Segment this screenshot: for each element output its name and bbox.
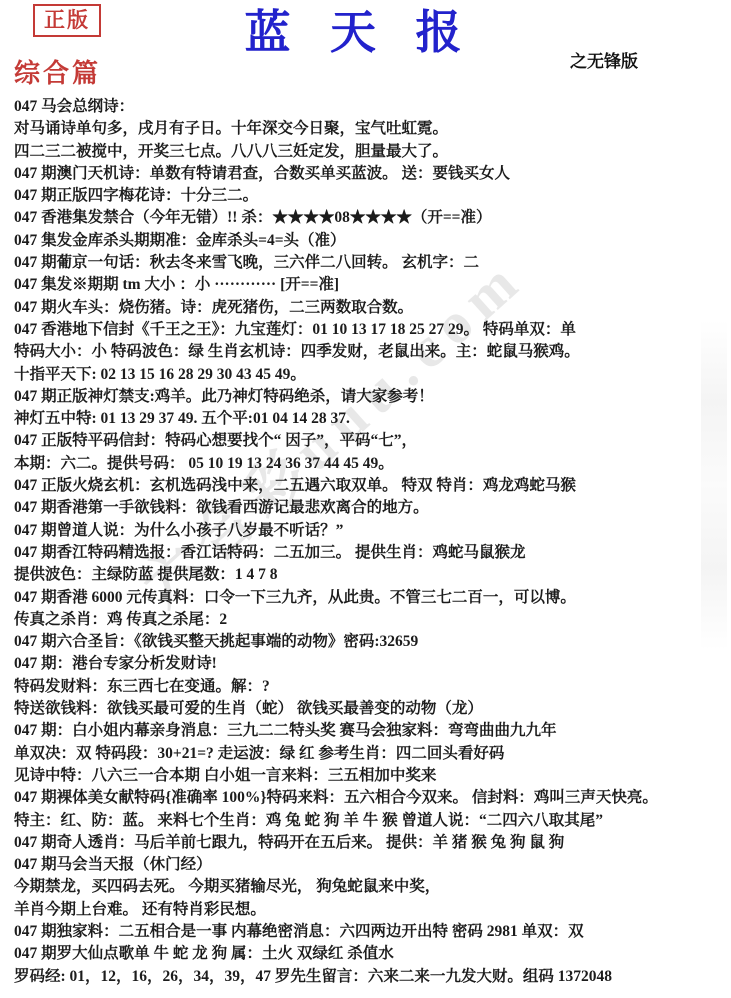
text-line: 047 集发※期期 tm 大小 ：小 ············ [开==准] xyxy=(14,274,726,296)
text-line: 047 香港集发禁合（今年无错）!! 杀：★★★★08★★★★（开==准） xyxy=(14,207,726,229)
body-text: 047 马会总纲诗：对马诵诗单句多，戌月有子日。十年深交今日聚，宝气吐虹霓。四二… xyxy=(14,96,726,988)
text-line: 神灯五中特: 01 13 29 37 49. 五个平:01 04 14 28 3… xyxy=(14,408,726,430)
text-line: 见诗中特：八六三一合本期 白小姐一言来料：三五相加中奖来 xyxy=(14,765,726,787)
text-line: 047 期六合圣旨：《欲钱买整天挑起事端的动物》密码:32659 xyxy=(14,631,726,653)
text-line: 047 期正版四字梅花诗：十分三二。 xyxy=(14,185,726,207)
text-line: 047 期葡京一句话：秋去冬来雪飞晚，三六伴二八回转。 玄机字：二 xyxy=(14,252,726,274)
newspaper-page: 正版 蓝 天 报 之无锋版 综合篇 六合彩uuu.com 047 马会总纲诗：对… xyxy=(0,0,731,998)
text-line: 047 集发金库杀头期期准：金库杀头=4=头（准） xyxy=(14,230,726,252)
text-line: 单双决：双 特码段：30+21=? 走运波：绿 红 参考生肖：四二回头看好码 xyxy=(14,743,726,765)
text-line: 047 正版火烧玄机：玄机选码浅中来，二五遇六取双单。 特双 特肖：鸡龙鸡蛇马猴 xyxy=(14,475,726,497)
text-line: 047 期澳门天机诗：单数有特请君查，合数买单买蓝波。 送：要钱买女人 xyxy=(14,163,726,185)
text-line: 047 期罗大仙点歌单 牛 蛇 龙 狗 属：土火 双绿红 杀值水 xyxy=(14,943,726,965)
text-line: 047 期：港台专家分析发财诗! xyxy=(14,653,726,675)
edition-label: 之无锋版 xyxy=(570,47,638,72)
text-line: 047 期奇人透肖：马后羊前七跟九，特码开在五后来。 提供：羊 猪 猴 兔 狗 … xyxy=(14,832,726,854)
text-line: 047 期正版神灯禁支:鸡羊。此乃神灯特码绝杀，请大家参考！ xyxy=(14,386,726,408)
text-line: 047 期香江特码精选报：香江话特码：二五加三。 提供生肖：鸡蛇马鼠猴龙 xyxy=(14,542,726,564)
text-line: 提供波色：主绿防蓝 提供尾数：1 4 7 8 xyxy=(14,564,726,586)
text-line: 特码发财料：东三西七在变通。解：? xyxy=(14,676,726,698)
text-line: 047 期裸体美女献特码{准确率 100%}特码来料：五六相合今双来。 信封料：… xyxy=(14,787,726,809)
section-heading: 综合篇 xyxy=(14,53,101,90)
text-line: 羊肖今期上台难。 还有特肖彩民想。 xyxy=(14,899,726,921)
text-line: 十指平天下: 02 13 15 16 28 29 30 43 45 49。 xyxy=(14,364,726,386)
text-line: 特送欲钱料：欲钱买最可爱的生肖（蛇） 欲钱买最善变的动物（龙） xyxy=(14,698,726,720)
text-line: 047 期香港第一手欲钱料：欲钱看西游记最悲欢离合的地方。 xyxy=(14,497,726,519)
text-line: 047 期马会当天报（休门经） xyxy=(14,854,726,876)
page-title: 蓝 天 报 xyxy=(180,0,540,62)
text-line: 047 期香港 6000 元传真料：口令一下三九齐，从此贵。不管三七二百一，可以… xyxy=(14,587,726,609)
text-line: 对马诵诗单句多，戌月有子日。十年深交今日聚，宝气吐虹霓。 xyxy=(14,118,726,140)
text-line: 047 香港地下信封《千王之王》：九宝莲灯：01 10 13 17 18 25 … xyxy=(14,319,726,341)
text-line: 四二三二被搅中，开奖三七点。八八八三妊定发，胆量最大了。 xyxy=(14,141,726,163)
text-line: 罗码经: 01，12，16，26，34，39，47 罗先生留言：六来二来一九发大… xyxy=(14,966,726,988)
text-line: 047 期独家料：二五相合是一事 内幕绝密消息：六四两边开出特 密码 2981 … xyxy=(14,921,726,943)
text-line: 047 期曾道人说：为什么小孩子八岁最不听话？” xyxy=(14,520,726,542)
text-line: 047 期：白小姐内幕亲身消息：三九二二特头奖 赛马会独家料：弯弯曲曲九九年 xyxy=(14,720,726,742)
text-line: 047 期火车头：烧伤猪。诗：虎死猪伤，二三两数取合数。 xyxy=(14,297,726,319)
text-line: 特码大小：小 特码波色：绿 生肖玄机诗：四季发财，老鼠出来。主：蛇鼠马猴鸡。 xyxy=(14,341,726,363)
text-line: 047 马会总纲诗： xyxy=(14,96,726,118)
text-line: 今期禁龙，买四码去死。 今期买猪输尽光， 狗兔蛇鼠来中奖， xyxy=(14,876,726,898)
text-line: 047 正版特平码信封：特码心想要找个“ 因子”，平码“七”， xyxy=(14,430,726,452)
authentic-stamp: 正版 xyxy=(33,4,101,37)
text-line: 本期：六二。提供号码： 05 10 19 13 24 36 37 44 45 4… xyxy=(14,453,726,475)
text-line: 特主：红、防：蓝。 来料七个生肖：鸡 兔 蛇 狗 羊 牛 猴 曾道人说：“二四六… xyxy=(14,810,726,832)
text-line: 传真之杀肖：鸡 传真之杀尾：2 xyxy=(14,609,726,631)
